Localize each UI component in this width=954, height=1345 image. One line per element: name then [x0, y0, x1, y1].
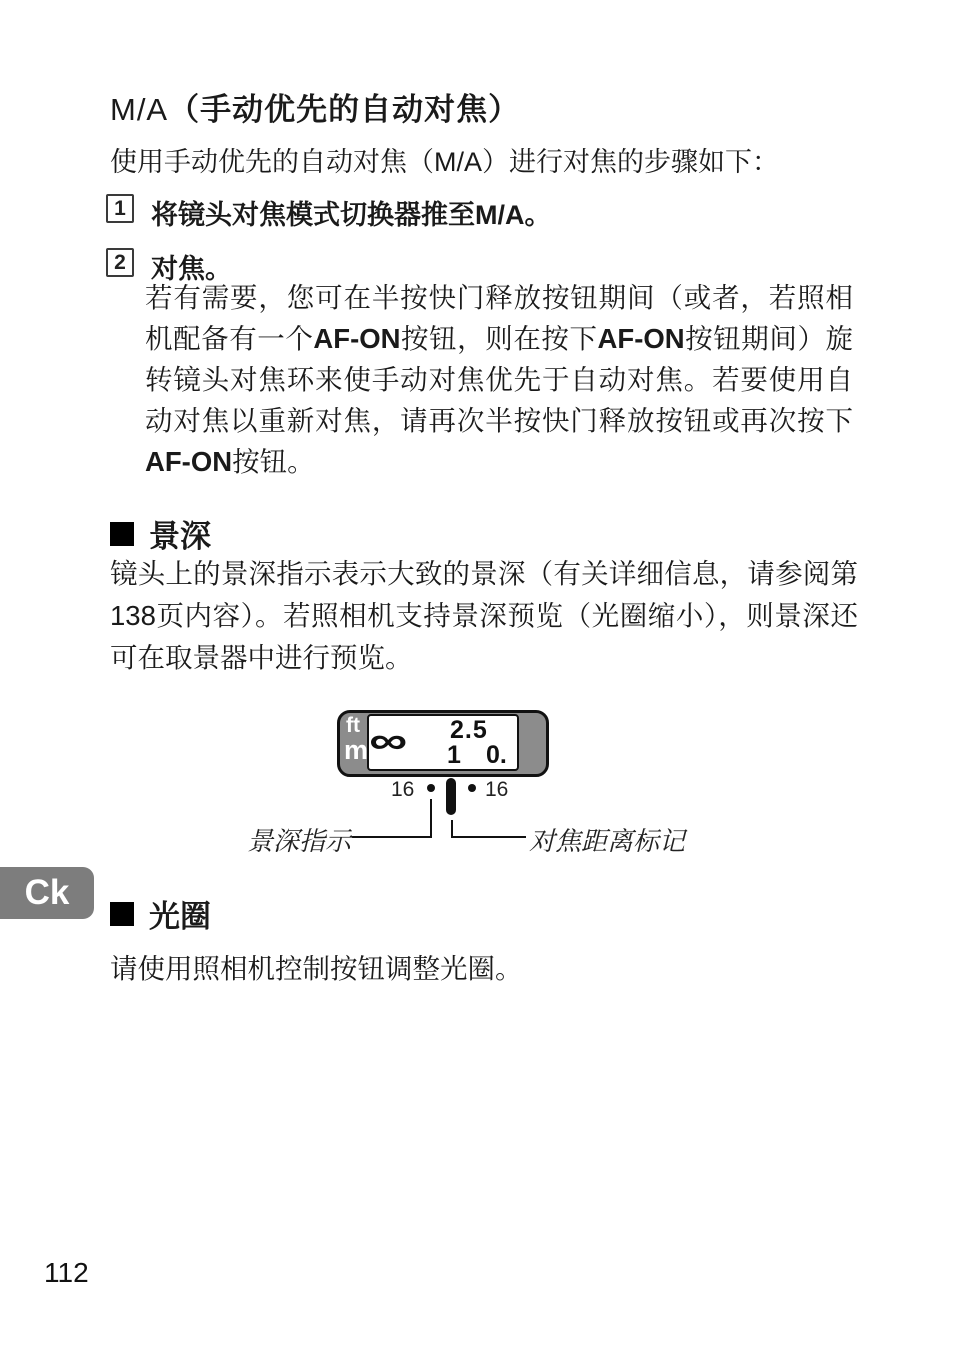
- step-1: 1 将镜头对焦模式切换器推至M/A。: [106, 193, 552, 232]
- distance-scale-figure: ft m 2.5 ∞ 1 0. 16 16 景深指示 对焦距离标记: [240, 708, 710, 868]
- infinity-icon: ∞: [369, 722, 407, 759]
- step-1-label: 将镜头对焦模式切换器推至M/A。: [151, 193, 552, 232]
- dof-section-heading: 景深: [110, 511, 211, 556]
- dof-mark-left-value: 16: [391, 778, 414, 802]
- section-bullet-icon: [110, 902, 134, 926]
- unit-m-label: m: [344, 735, 368, 766]
- callout-line-left-vertical: [430, 799, 432, 838]
- step-2-detail-seg3: 按钮。: [232, 446, 315, 477]
- step-2-detail-seg1: 按钮，则在按下: [400, 323, 597, 354]
- aperture-section-title: 光圈: [149, 891, 211, 936]
- dof-indicator-callout: 景深指示: [247, 821, 351, 858]
- page-title: M/A（手动优先的自动对焦）: [110, 84, 520, 129]
- dof-section-title: 景深: [149, 511, 211, 556]
- af-on-label-2: AF-ON: [598, 323, 685, 354]
- aperture-section-heading: 光圈: [110, 891, 211, 936]
- step-2-number: 2: [106, 248, 134, 277]
- step-2-detail: 若有需要，您可在半按快门释放按钮期间（或者，若照相机配备有一个AF-ON按钮，则…: [145, 277, 853, 482]
- focus-distance-mark-icon: [446, 778, 456, 815]
- dof-mark-right-value: 16: [485, 778, 508, 802]
- intro-text: 使用手动优先的自动对焦（M/A）进行对焦的步骤如下：: [110, 140, 779, 179]
- dof-section-body: 镜头上的景深指示表示大致的景深（有关详细信息，请参阅第138页内容）。若照相机支…: [110, 553, 858, 679]
- dof-dot-left-icon: [427, 784, 435, 792]
- af-on-label-3: AF-ON: [145, 446, 232, 477]
- chapter-side-tab: Ck: [0, 867, 94, 919]
- aperture-section-body: 请使用照相机控制按钮调整光圈。: [110, 946, 523, 986]
- lens-scale-body: ft m 2.5 ∞ 1 0.: [337, 710, 549, 777]
- page-number: 112: [44, 1257, 89, 1289]
- distance-value-right: 0.: [486, 741, 507, 770]
- focus-distance-callout: 对焦距离标记: [529, 821, 685, 858]
- callout-line-right-horizontal: [453, 836, 526, 838]
- page-title-latin: M/A: [110, 92, 168, 127]
- section-bullet-icon: [110, 522, 134, 546]
- chapter-side-tab-label: Ck: [25, 873, 70, 913]
- distance-scale-window: 2.5 ∞ 1 0.: [367, 714, 519, 771]
- dof-dot-right-icon: [468, 784, 476, 792]
- af-on-label-1: AF-ON: [313, 323, 400, 354]
- callout-line-left-horizontal: [352, 836, 432, 838]
- step-1-number: 1: [106, 194, 134, 223]
- page-title-cjk: （手动优先的自动对焦）: [168, 92, 520, 127]
- manual-page: M/A（手动优先的自动对焦） 使用手动优先的自动对焦（M/A）进行对焦的步骤如下…: [0, 0, 954, 1345]
- distance-value-mid: 1: [447, 741, 461, 770]
